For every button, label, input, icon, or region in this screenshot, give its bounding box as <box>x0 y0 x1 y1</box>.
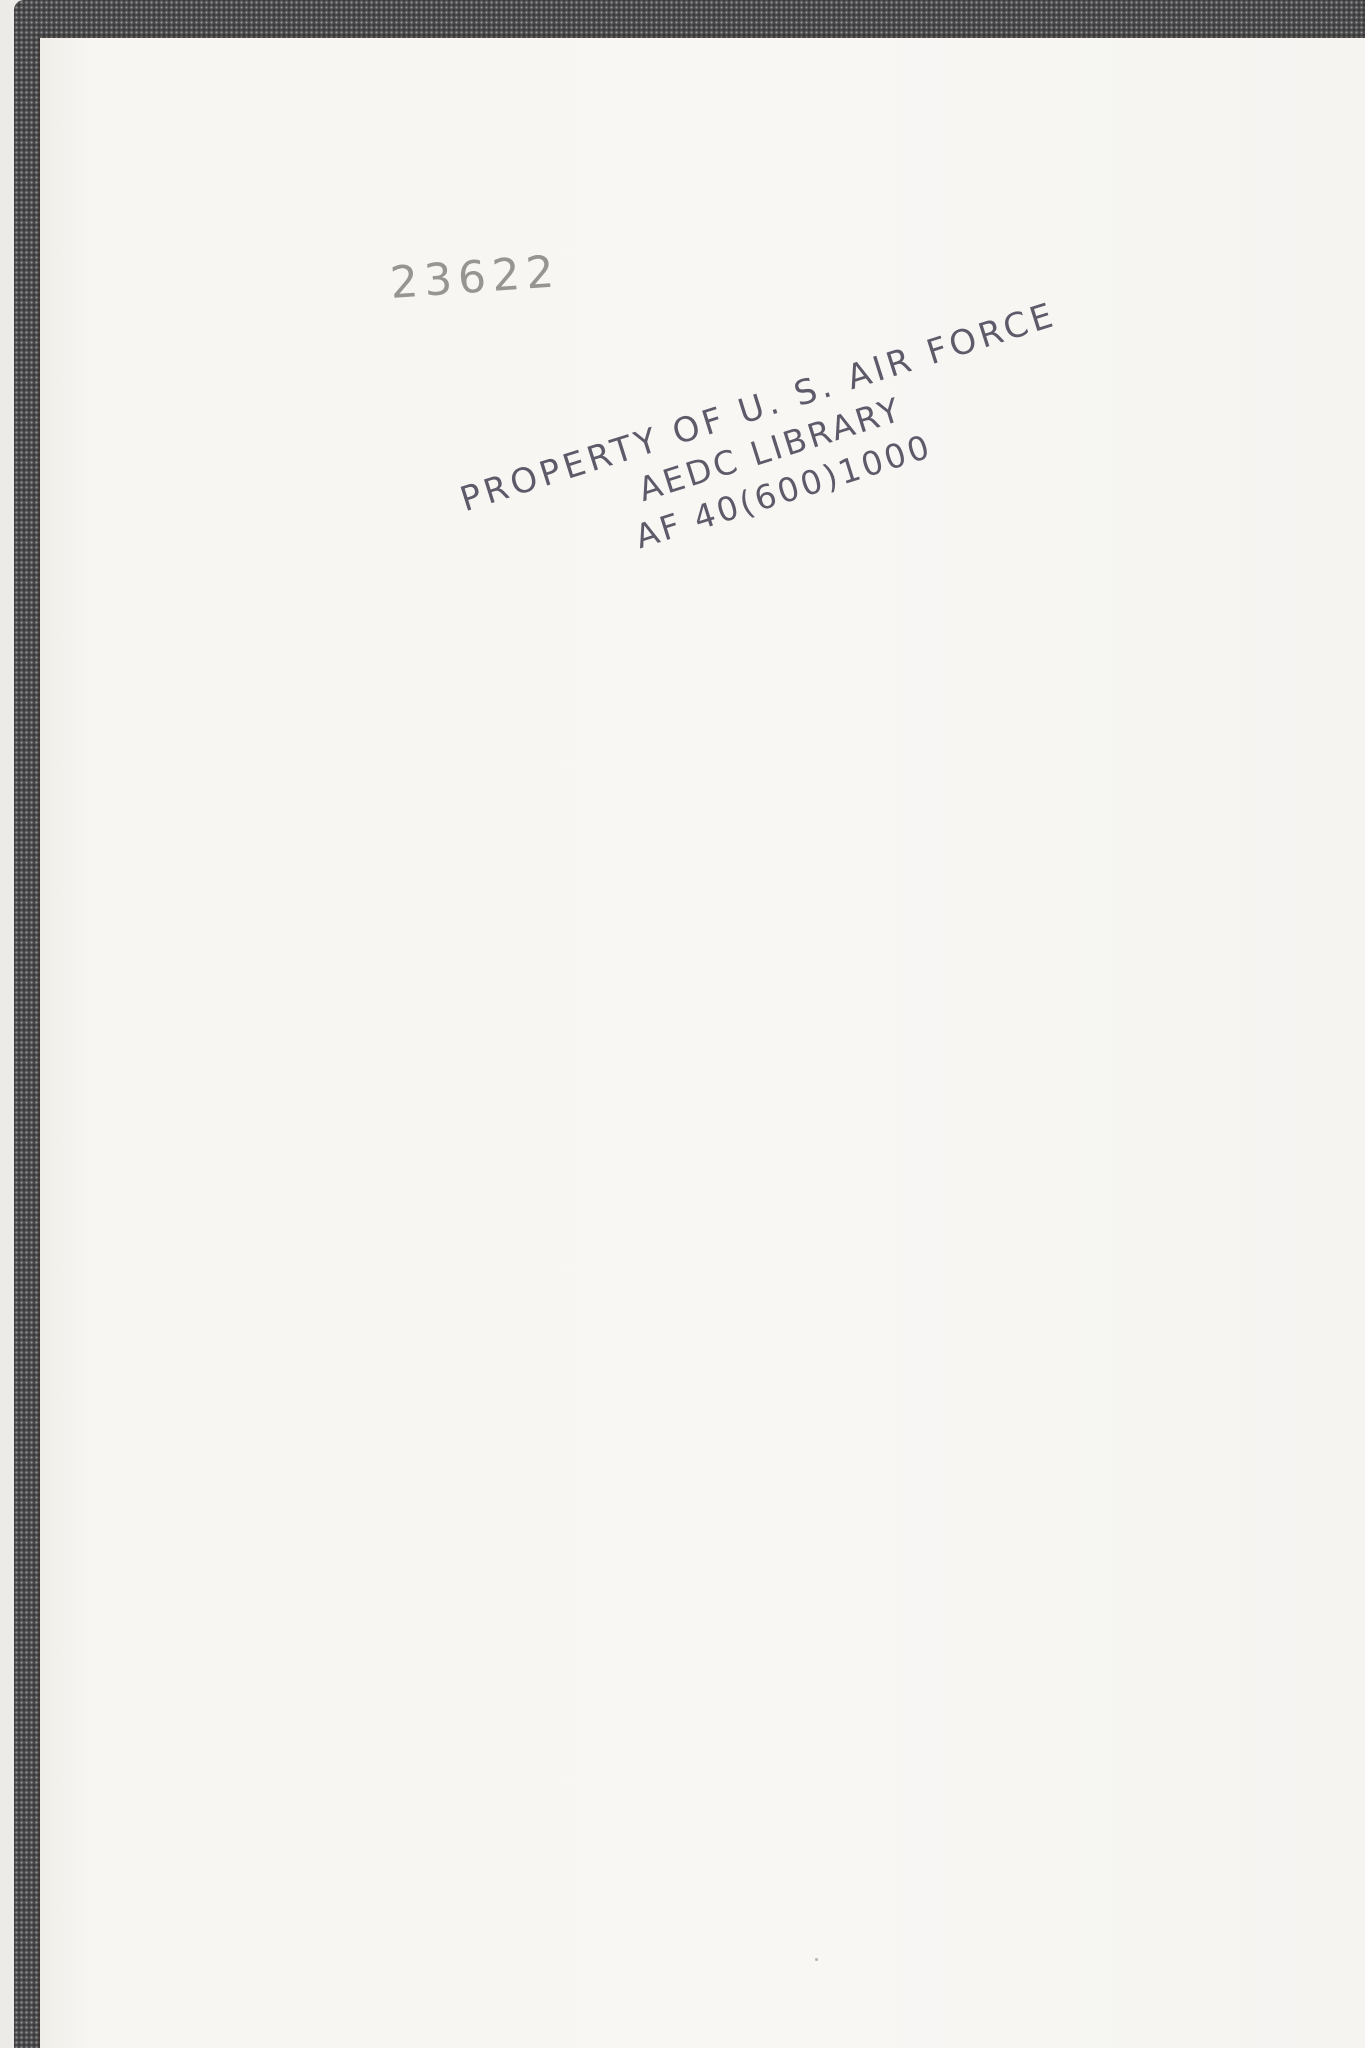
paper-speck <box>815 1958 818 1961</box>
flyleaf-page <box>40 38 1365 2048</box>
